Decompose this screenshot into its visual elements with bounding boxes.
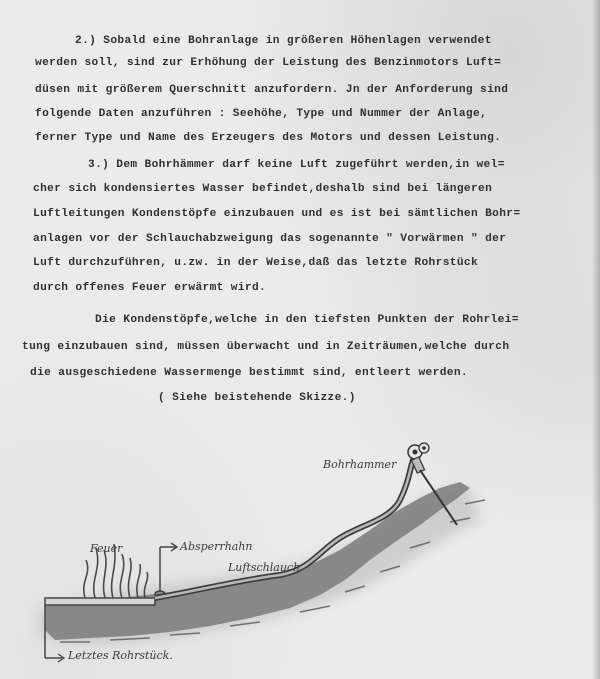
text-line: folgende Daten anzuführen : Seehöhe, Typ… bbox=[35, 107, 487, 121]
text-line: werden soll, sind zur Erhöhung der Leist… bbox=[35, 56, 501, 70]
text-line: düsen mit größerem Querschnitt anzuforde… bbox=[35, 83, 508, 97]
text-line: Luftleitungen Kondenstöpfe einzubauen un… bbox=[33, 207, 520, 221]
text-line: 2.) Sobald eine Bohranlage in größeren H… bbox=[75, 34, 492, 48]
sketch-drawing: Bohrhammer Feuer Absperrhahn Luftschlauc… bbox=[0, 430, 600, 679]
label-feuer: Feuer bbox=[90, 542, 122, 555]
text-line: ferner Type und Name des Erzeugers des M… bbox=[35, 131, 501, 145]
text-line: die ausgeschiedene Wassermenge bestimmt … bbox=[30, 366, 468, 380]
label-absperrhahn: Absperrhahn bbox=[180, 540, 253, 553]
text-line: 3.) Dem Bohrhämmer darf keine Luft zugef… bbox=[88, 158, 505, 172]
text-line: cher sich kondensiertes Wasser befindet,… bbox=[33, 182, 492, 196]
text-line: tung einzubauen sind, müssen überwacht u… bbox=[22, 340, 509, 354]
sketch-reference-note: ( Siehe beistehende Skizze.) bbox=[158, 391, 356, 405]
label-bohrhammer: Bohrhammer bbox=[323, 458, 396, 471]
text-line: durch offenes Feuer erwärmt wird. bbox=[33, 281, 266, 295]
label-luftschlauch: Luftschlauch bbox=[228, 561, 300, 574]
text-line: Die Kondenstöpfe,welche in den tiefsten … bbox=[95, 313, 519, 327]
label-letztes-rohrstueck: Letztes Rohrstück. bbox=[68, 649, 173, 662]
scanned-page: 2.) Sobald eine Bohranlage in größeren H… bbox=[0, 0, 600, 679]
text-line: Luft durchzuführen, u.zw. in der Weise,d… bbox=[33, 256, 478, 270]
text-line: anlagen vor der Schlauchabzweigung das s… bbox=[33, 232, 506, 246]
